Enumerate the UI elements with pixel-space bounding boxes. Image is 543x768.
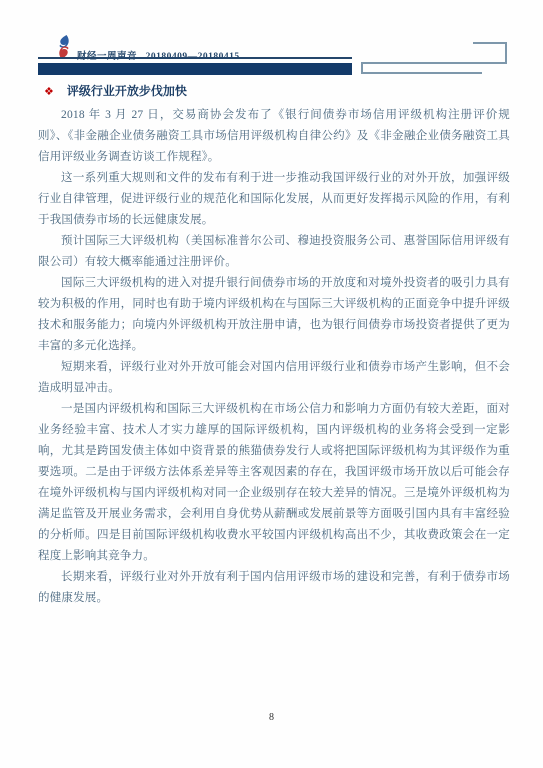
document-page: 财经一周声音 20180409—20180415 ❖ 评级行业开放步伐加快 20… — [0, 0, 543, 768]
header-corner-decoration — [0, 0, 543, 80]
page-number: 8 — [0, 712, 543, 723]
paragraph: 长期来看，评级行业对外开放有利于国内信用评级市场的建设和完善，有利于债券市场的健… — [38, 567, 510, 609]
paragraph: 这一系列重大规则和文件的发布有利于进一步推动我国评级行业的对外开放，加强评级行业… — [38, 168, 510, 231]
paragraph: 2018 年 3 月 27 日，交易商协会发布了《银行间债券市场信用评级机构注册… — [38, 105, 510, 168]
paragraph: 国际三大评级机构的进入对提升银行间债券市场的开放度和对境外投资者的吸引力具有较为… — [38, 273, 510, 357]
paragraph: 一是国内评级机构和国际三大评级机构在市场公信力和影响力方面仍有较大差距，面对业务… — [38, 399, 510, 567]
page-header: 财经一周声音 20180409—20180415 — [0, 0, 543, 80]
article-title-row: ❖ 评级行业开放步伐加快 — [44, 82, 510, 99]
diamond-bullet-icon: ❖ — [44, 85, 54, 98]
paragraph: 预计国际三大评级机构（美国标准普尔公司、穆迪投资服务公司、惠誉国际信用评级有限公… — [38, 231, 510, 273]
article: ❖ 评级行业开放步伐加快 2018 年 3 月 27 日，交易商协会发布了《银行… — [38, 82, 510, 609]
article-title: 评级行业开放步伐加快 — [67, 82, 187, 99]
paragraph: 短期来看，评级行业对外开放可能会对国内信用评级行业和债券市场产生影响，但不会造成… — [38, 357, 510, 399]
